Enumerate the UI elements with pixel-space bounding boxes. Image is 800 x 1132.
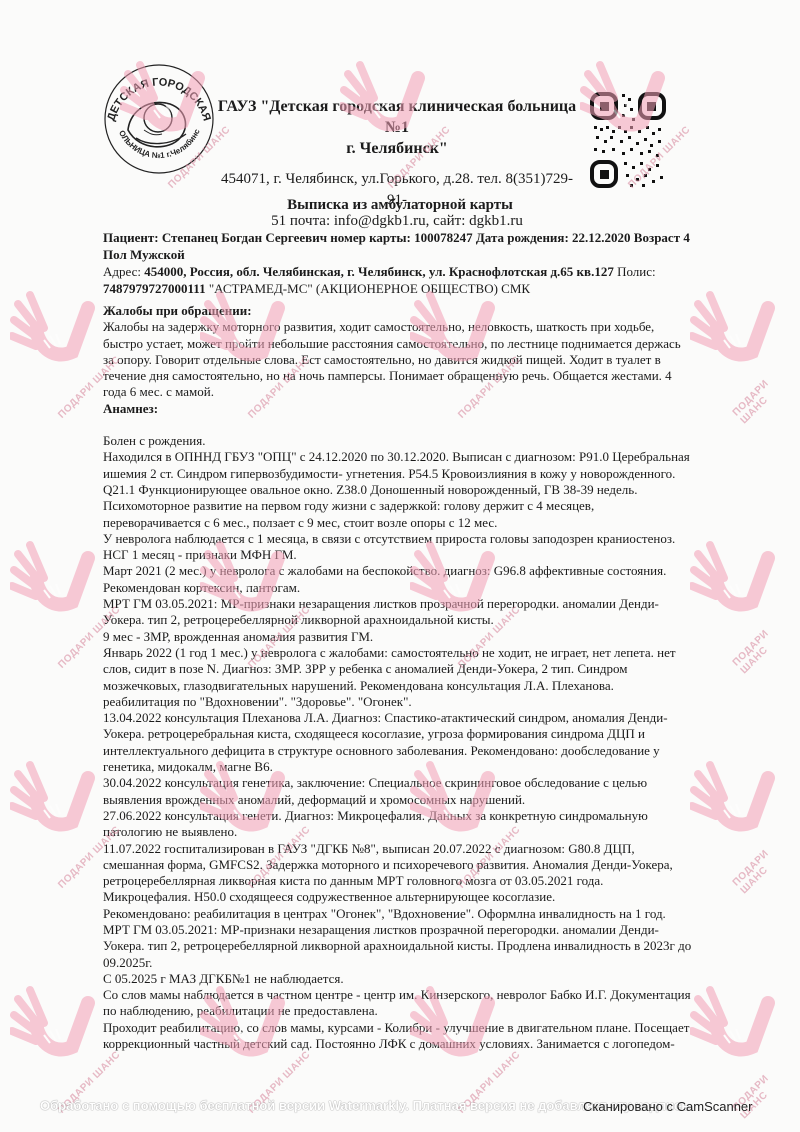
document-page: ДЕТСКАЯ ГОРОДСКАЯ БОЛЬНИЦА №1 г.Челябинс…: [0, 0, 800, 1132]
patient-label: Пациент:: [103, 230, 159, 245]
age-label: Возраст: [634, 230, 680, 245]
anamnesis-list: Болен с рождения.Находился в ОПННД ГБУЗ …: [103, 433, 693, 1052]
age-value: 4: [683, 230, 690, 245]
anamnesis-paragraph: 11.07.2022 госпитализирован в ГАУЗ "ДГКБ…: [103, 841, 693, 906]
insurer-name: "АСТРАМЕД-МС" (АКЦИОНЕРНОЕ ОБЩЕСТВО) СМК: [209, 281, 530, 296]
hand-watermark-icon: [690, 760, 780, 870]
address-value: 454000, Россия, обл. Челябинская, г. Чел…: [144, 264, 614, 279]
hand-watermark-icon: [690, 985, 780, 1095]
address-line: Адрес: 454000, Россия, обл. Челябинская,…: [103, 263, 693, 297]
org-name-line-2: г. Челябинск": [212, 138, 582, 159]
address-label: Адрес:: [103, 264, 141, 279]
policy-label: Полис:: [617, 264, 656, 279]
organization-name: ГАУЗ "Детская городская клиническая боль…: [212, 96, 582, 159]
hospital-logo-icon: ДЕТСКАЯ ГОРОДСКАЯ БОЛЬНИЦА №1 г.Челябинс…: [100, 60, 218, 178]
camscanner-notice: Сканировано с CamScanner: [583, 1099, 752, 1114]
complaints-heading: Жалобы при обращении:: [103, 303, 693, 319]
letterhead: ДЕТСКАЯ ГОРОДСКАЯ БОЛЬНИЦА №1 г.Челябинс…: [100, 60, 700, 200]
document-title: Выписка из амбулаторной карты: [0, 197, 800, 214]
anamnesis-paragraph: 27.06.2022 консультация генети. Диагноз:…: [103, 808, 693, 841]
dob-value: 22.12.2020: [572, 230, 631, 245]
anamnesis-paragraph: Со слов мамы наблюдается в частном центр…: [103, 987, 693, 1020]
qr-code-icon: [590, 90, 666, 190]
card-number: 100078247: [414, 230, 473, 245]
hand-watermark-icon: [10, 760, 100, 870]
card-label: номер карты:: [330, 230, 411, 245]
hand-watermark-icon: [690, 290, 780, 400]
org-name-line-1: ГАУЗ "Детская городская клиническая боль…: [212, 96, 582, 138]
anamnesis-paragraph: 13.04.2022 консультация Плеханова Л.А. Д…: [103, 710, 693, 775]
patient-info: Пациент: Степанец Богдан Сергеевич номер…: [103, 229, 693, 297]
anamnesis-paragraph: МРТ ГМ 03.05.2021: МР-признаки незаращен…: [103, 922, 693, 971]
anamnesis-paragraph: Январь 2022 (1 год 1 мес.) у невролога с…: [103, 645, 693, 710]
svg-text:ДЕТСКАЯ ГОРОДСКАЯ: ДЕТСКАЯ ГОРОДСКАЯ: [105, 76, 212, 122]
anamnesis-paragraph: 30.04.2022 консультация генетика, заключ…: [103, 775, 693, 808]
anamnesis-paragraph: Психомоторное развитие на первом году жи…: [103, 498, 693, 531]
policy-number: 7487979727000111: [103, 281, 206, 296]
anamnesis-paragraph: Рекомендовано: реабилитация в центрах "О…: [103, 906, 693, 922]
patient-name: Степанец Богдан Сергеевич: [162, 230, 327, 245]
anamnesis-paragraph: 9 мес - ЗМР, врожденная аномалия развити…: [103, 629, 693, 645]
complaints-text: Жалобы на задержку моторного развития, х…: [103, 319, 693, 400]
anamnesis-paragraph: НСГ 1 месяц - признаки МФН ГМ.: [103, 547, 693, 563]
watermark-text: ПОДАРИ ШАНС: [731, 610, 797, 676]
document-body: Жалобы при обращении: Жалобы на задержку…: [103, 303, 693, 1052]
patient-line: Пациент: Степанец Богдан Сергеевич номер…: [103, 229, 693, 246]
sex-line: Пол Мужской: [103, 246, 693, 263]
sex-label: Пол: [103, 247, 127, 262]
hand-watermark-icon: [10, 985, 100, 1095]
watermark-text: ПОДАРИ ШАНС: [731, 830, 797, 896]
anamnesis-paragraph: МРТ ГМ 03.05.2021: МР-признаки незаращен…: [103, 596, 693, 629]
anamnesis-paragraph: Болен с рождения.: [103, 433, 693, 449]
dob-label: Дата рождения:: [476, 230, 569, 245]
anamnesis-paragraph: Находился в ОПННД ГБУЗ "ОПЦ" с 24.12.202…: [103, 449, 693, 498]
hand-watermark-icon: [10, 540, 100, 650]
anamnesis-paragraph: Март 2021 (2 мес.) у невролога с жалобам…: [103, 563, 693, 596]
hand-watermark-icon: [690, 540, 780, 650]
hand-watermark-icon: [10, 290, 100, 400]
watermark-text: ПОДАРИ ШАНС: [731, 360, 797, 426]
anamnesis-heading: Анамнез:: [103, 401, 693, 417]
sex-value: Мужской: [130, 247, 185, 262]
anamnesis-paragraph: С 05.2025 г МАЗ ДГКБ№1 не наблюдается.: [103, 971, 693, 987]
anamnesis-paragraph: У невролога наблюдается с 1 месяца, в св…: [103, 531, 693, 547]
anamnesis-paragraph: Проходит реабилитацию, со слов мамы, кур…: [103, 1020, 693, 1053]
